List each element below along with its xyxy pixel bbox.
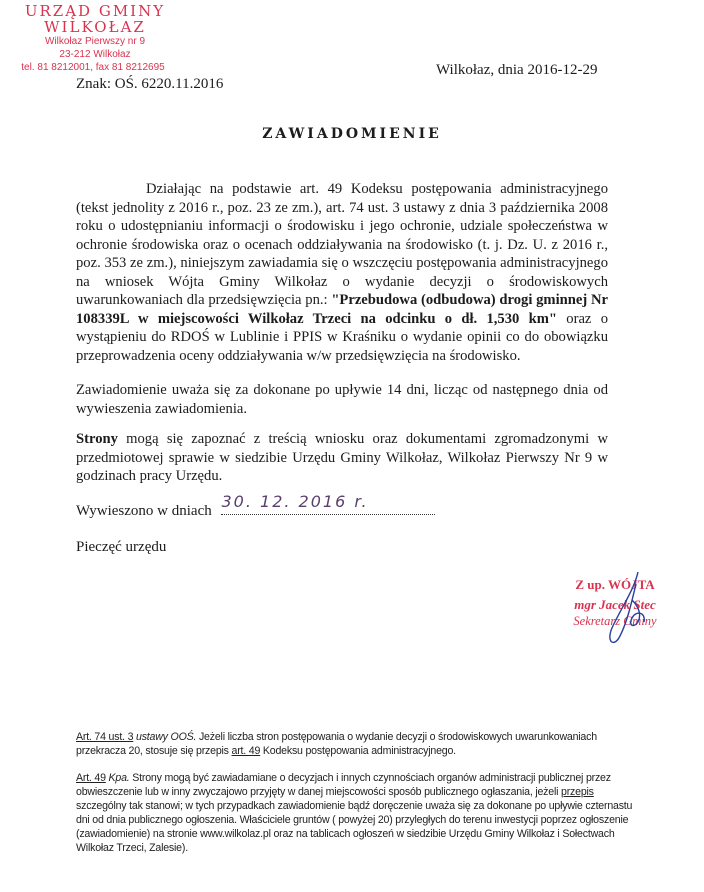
paragraph-effective: Zawiadomienie uważa się za dokonane po u… xyxy=(76,381,608,418)
footnote-art74: Art. 74 ust. 3 ustawy OOŚ. Jeżeli liczba… xyxy=(76,730,636,758)
footnote-text: Strony mogą być zawiadamiane o decyzjach… xyxy=(76,772,611,798)
stamp-phone-fax: tel. 81 8212001, fax 81 8212695 xyxy=(0,61,190,74)
posted-label: Wywieszono w dniach xyxy=(76,503,212,519)
stamp-municipality: WILKOŁAZ xyxy=(0,19,190,35)
footnote-ref: Art. 49 xyxy=(76,772,106,784)
footnote-art49: Art. 49 Kpa. Strony mogą być zawiadamian… xyxy=(76,771,636,855)
parties-label: Strony xyxy=(76,431,118,447)
paragraph-parties: Strony mogą się zapoznać z treścią wnios… xyxy=(76,430,608,486)
reference-number: Znak: OŚ. 6220.11.2016 xyxy=(76,76,223,93)
stamp-office-name: URZĄD GMINY xyxy=(0,4,190,19)
paragraph-legal-basis: Działając na podstawie art. 49 Kodeksu p… xyxy=(76,180,608,365)
footnote-act: Kpa. xyxy=(106,772,130,784)
document-title: ZAWIADOMIENIE xyxy=(0,126,704,142)
handwritten-date: 30. 12. 2016 r. xyxy=(221,492,368,511)
stamp-postcode: 23-212 Wilkołaz xyxy=(0,48,190,61)
footnote-text-end: szczególny tak stanowi; w tych przypadka… xyxy=(76,800,632,854)
paragraph-text: mogą się zapoznać z treścią wniosku oraz… xyxy=(76,431,608,484)
handwritten-signature-icon xyxy=(598,570,658,650)
footnote-link-art49[interactable]: art. 49 xyxy=(232,745,261,757)
posted-dotted-field: 30. 12. 2016 r. xyxy=(221,500,435,515)
seal-label: Pieczęć urzędu xyxy=(76,539,166,556)
footnote-ref: Art. 74 ust. 3 xyxy=(76,731,133,743)
footnote-link-przepis[interactable]: przepis xyxy=(561,786,594,798)
paragraph-text: Działając na podstawie art. 49 Kodeksu p… xyxy=(76,181,608,308)
posted-dates-line: Wywieszono w dniach 30. 12. 2016 r. xyxy=(76,500,435,520)
footnote-text-end: Kodeksu postępowania administracyjnego. xyxy=(260,745,456,757)
office-stamp: URZĄD GMINY WILKOŁAZ Wilkołaz Pierwszy n… xyxy=(0,4,190,74)
footnote-act: ustawy OOŚ. xyxy=(133,731,196,743)
place-and-date: Wilkołaz, dnia 2016-12-29 xyxy=(436,62,597,79)
stamp-address: Wilkołaz Pierwszy nr 9 xyxy=(0,35,190,48)
